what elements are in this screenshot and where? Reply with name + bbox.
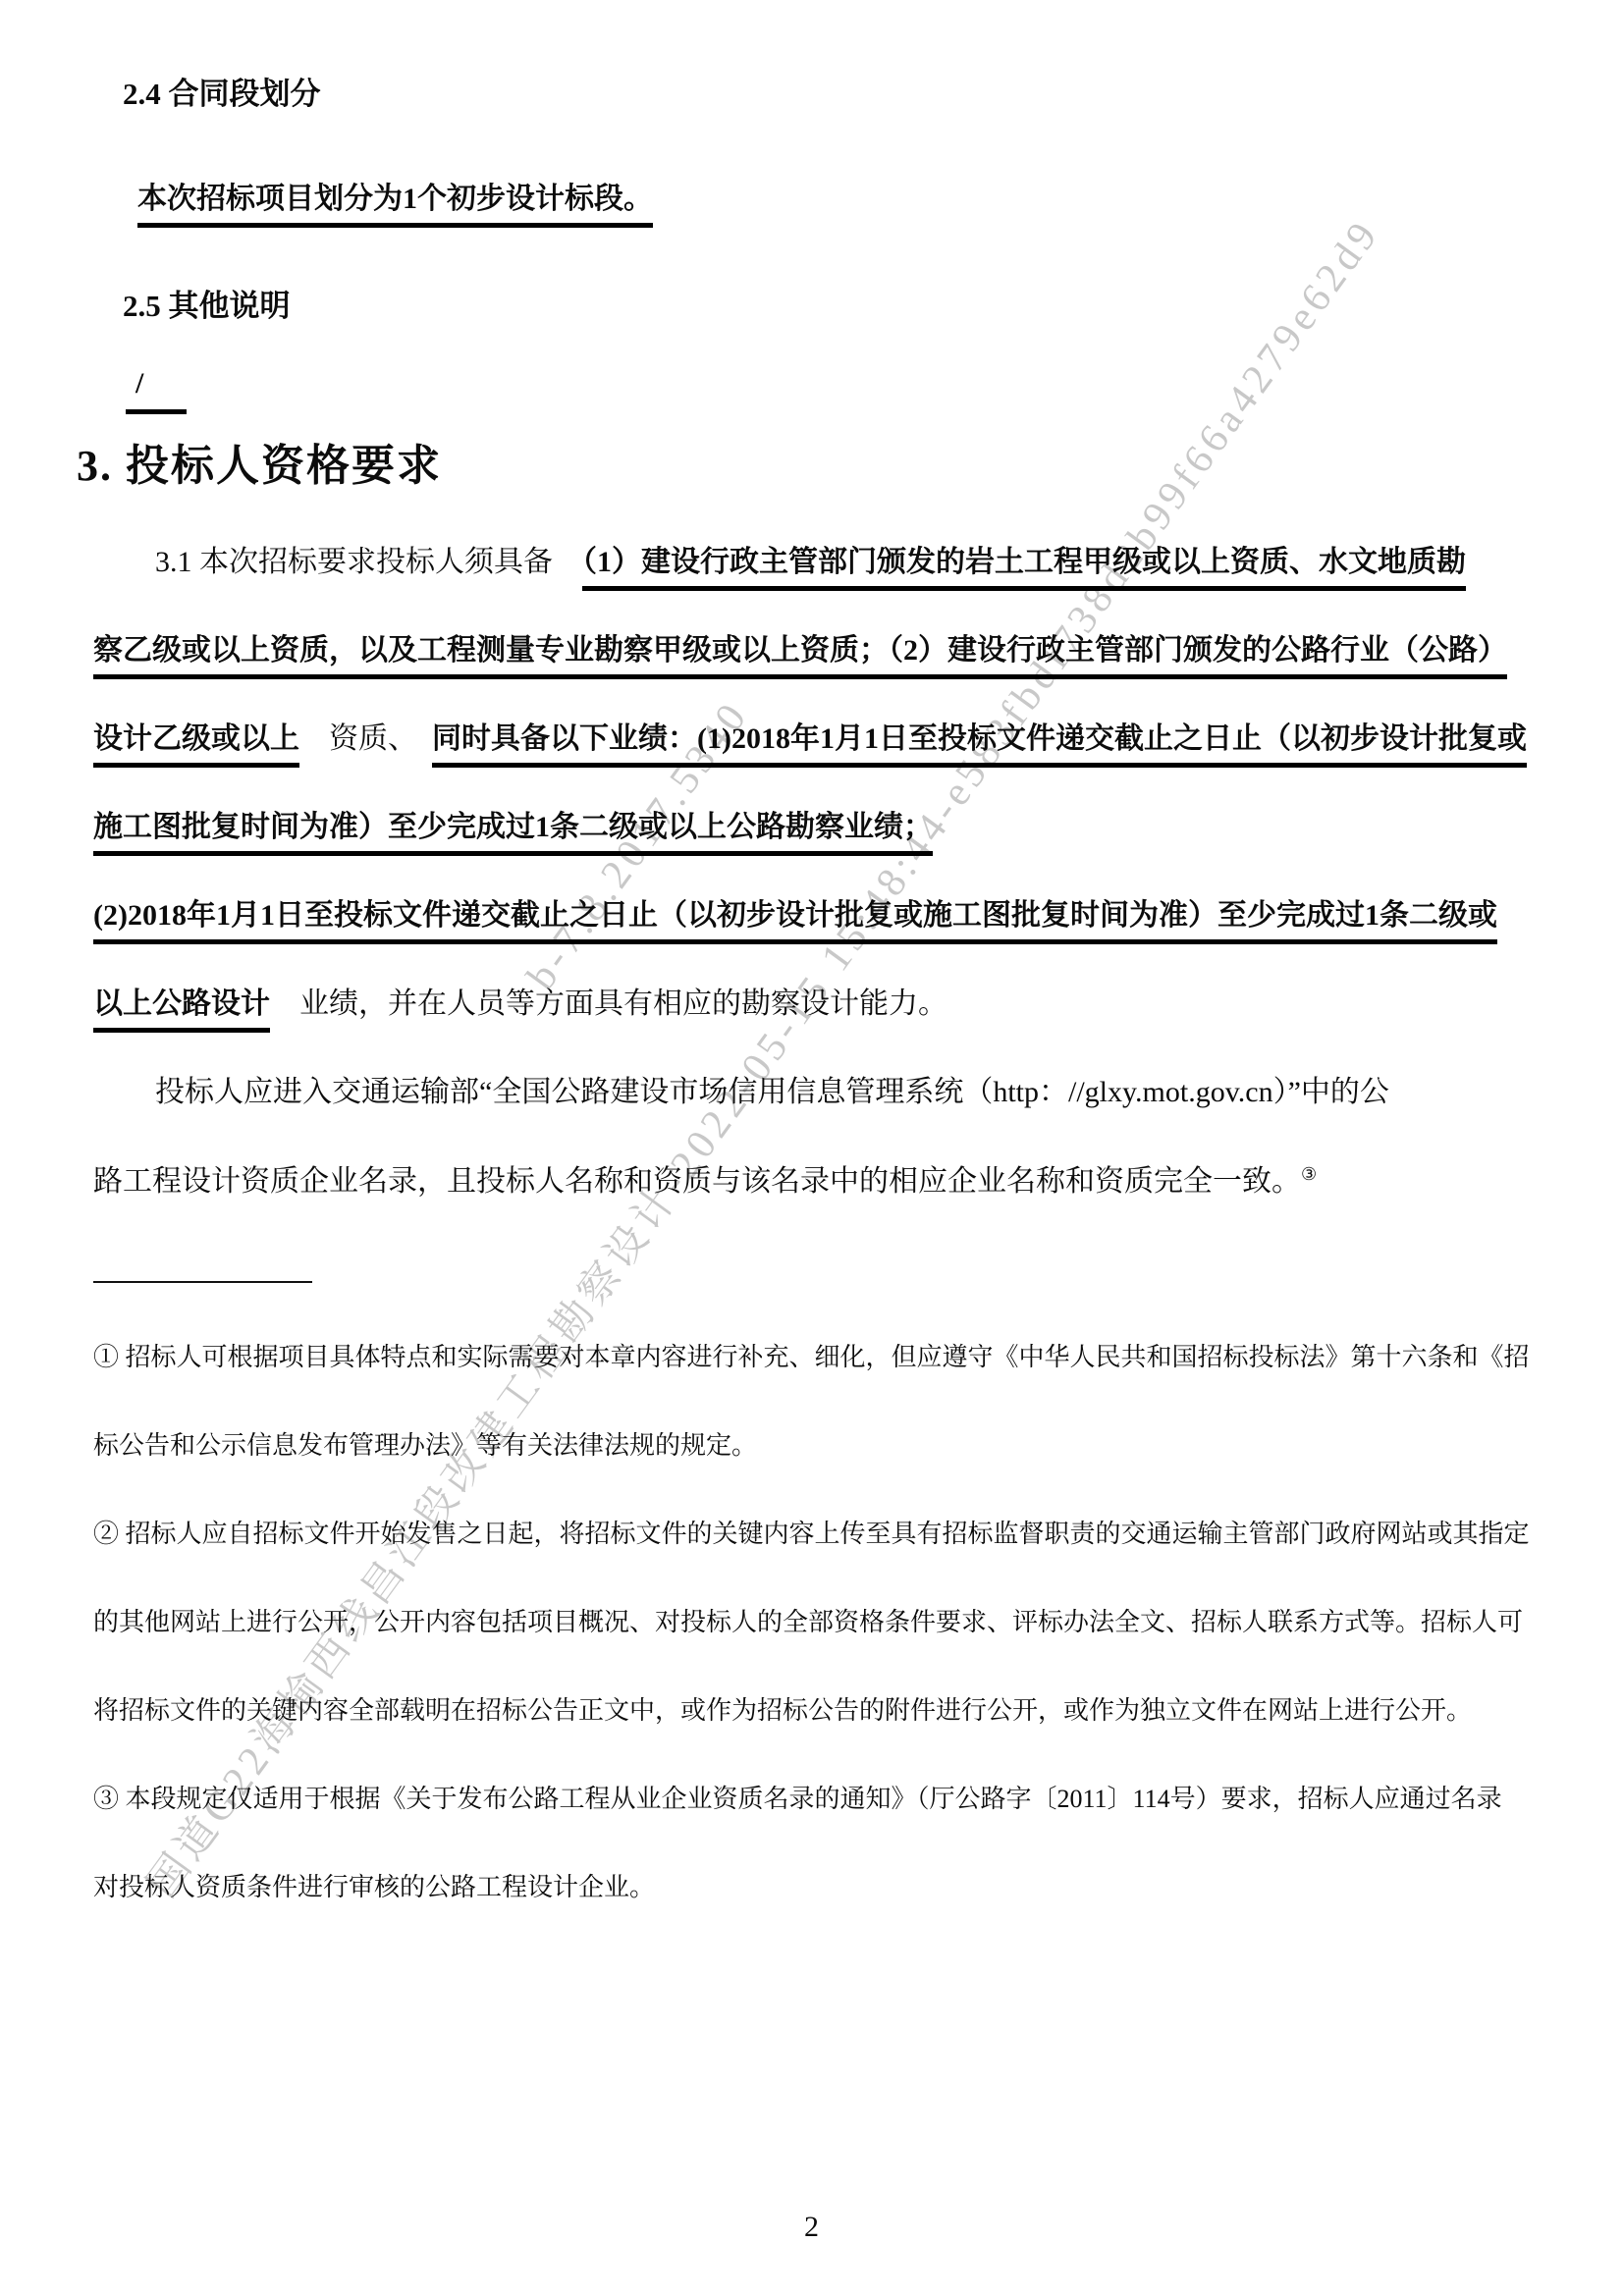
text-segment: 资质、 [299,722,432,755]
text-segment: 同时具备以下业绩：(1)2018年1月1日至投标文件递交截止之日止（以初步设计批… [432,722,1527,768]
text-segment: 业绩，并在人员等方面具有相应的勘察设计能力。 [270,988,947,1020]
footnote-2-line-3: 将招标文件的关键内容全部载明在招标公告正文中，或作为招标公告的附件进行公开，或作… [93,1696,1472,1726]
footnote-3-line-2: 对投标人资质条件进行审核的公路工程设计企业。 [93,1873,655,1902]
footnote-1-line-1: ① 招标人可根据项目具体特点和实际需要对本章内容进行补充、细化，但应遵守《中华人… [93,1343,1530,1372]
clause-2-5-body: / [126,367,187,414]
credit-paragraph-line-1: 投标人应进入交通运输部“全国公路建设市场信用信息管理系统（http：//glxy… [155,1076,1389,1110]
clause-2-4-filled-text: 本次招标项目划分为1个初步设计标段。 [137,183,653,228]
heading-2-4: 2.4 合同段划分 [123,77,321,112]
clause-3-1-line-2: 察乙级或以上资质，以及工程测量专业勘察甲级或以上资质；（2）建设行政主管部门颁发… [93,634,1507,668]
heading-3: 3. 投标人资格要求 [77,442,442,492]
text-segment: 设计乙级或以上 [93,722,299,768]
footnote-2-line-1: ② 招标人应自招标文件开始发售之日起，将招标文件的关键内容上传至具有招标监督职责… [93,1520,1530,1549]
clause-3-1-line-6: 以上公路设计 业绩，并在人员等方面具有相应的勘察设计能力。 [93,988,947,1022]
clause-3-1-line-4: 施工图批复时间为准）至少完成过1条二级或以上公路勘察业绩； [93,811,933,845]
text-segment: (2)2018年1月1日至投标文件递交截止之日止（以初步设计批复或施工图批复时间… [93,899,1497,944]
credit-paragraph-line-2: 路工程设计资质企业名录，且投标人名称和资质与该名录中的相应企业名称和资质完全一致… [93,1164,1317,1200]
text-segment: 施工图批复时间为准）至少完成过1条二级或以上公路勘察业绩； [93,811,933,856]
text-segment: 察乙级或以上资质，以及工程测量专业勘察甲级或以上资质；（2）建设行政主管部门颁发… [93,634,1507,679]
clause-2-5-filled-text: / [126,367,187,414]
page-number: 2 [804,2211,819,2244]
footnote-2-line-2: 的其他网站上进行公开，公开内容包括项目概况、对投标人的全部资格条件要求、评标办法… [93,1608,1523,1637]
document-page: 国道G22海榆西线昌江段改建工程勘察设计-2022-05-15 15:48:44… [0,0,1623,2296]
text-segment: 3.1 本次招标要求投标人须具备 [155,546,582,578]
text-segment: ③ [1301,1164,1317,1184]
heading-2-5: 2.5 其他说明 [123,289,291,324]
text-segment: 投标人应进入交通运输部“全国公路建设市场信用信息管理系统（http：//glxy… [155,1076,1389,1108]
clause-2-4-body: 本次招标项目划分为1个初步设计标段。 [137,183,653,217]
text-segment: 以上公路设计 [93,988,270,1033]
text-segment: 路工程设计资质企业名录，且投标人名称和资质与该名录中的相应企业名称和资质完全一致… [93,1165,1301,1198]
clause-3-1-line-5: (2)2018年1月1日至投标文件递交截止之日止（以初步设计批复或施工图批复时间… [93,899,1497,934]
footnote-separator [93,1281,312,1283]
text-segment: （1）建设行政主管部门颁发的岩土工程甲级或以上资质、水文地质勘 [582,546,1466,591]
clause-3-1-line-3: 设计乙级或以上 资质、 同时具备以下业绩：(1)2018年1月1日至投标文件递交… [93,722,1527,757]
footnote-3-line-1: ③ 本段规定仅适用于根据《关于发布公路工程从业企业资质名录的通知》（厅公路字〔2… [93,1785,1502,1814]
footnote-1-line-2: 标公告和公示信息发布管理办法》等有关法律法规的规定。 [93,1431,757,1461]
clause-3-1-line-1: 3.1 本次招标要求投标人须具备 （1）建设行政主管部门颁发的岩土工程甲级或以上… [155,546,1466,580]
